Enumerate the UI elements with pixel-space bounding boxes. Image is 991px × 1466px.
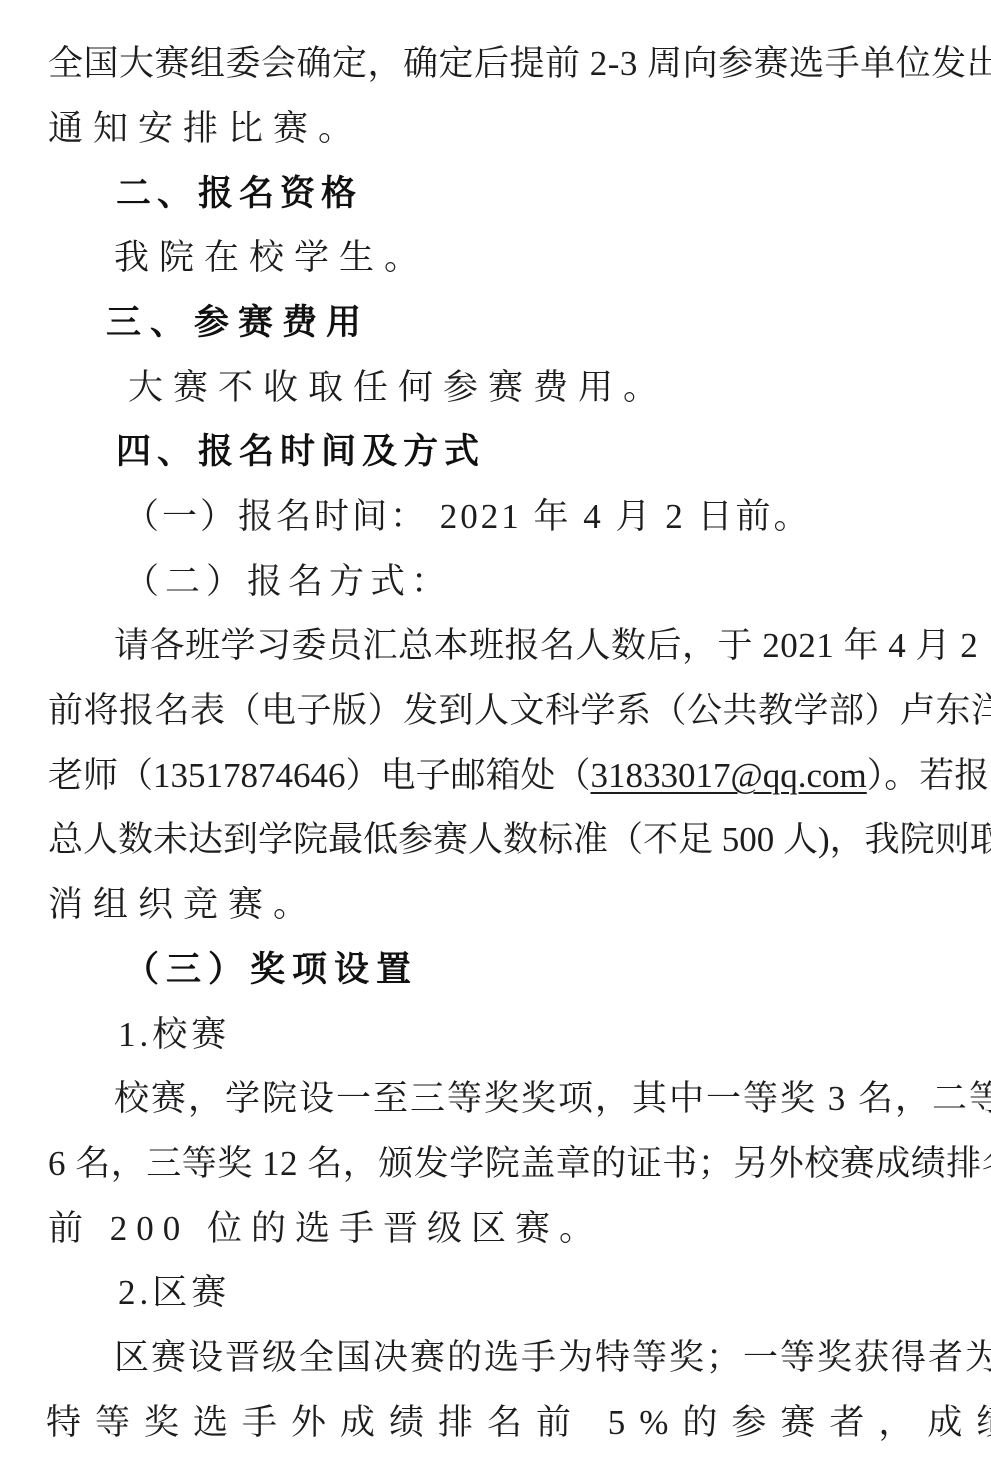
text-line: 6 名，三等奖 12 名，颁发学院盖章的证书；另外校赛成绩排名 <box>48 1141 991 1186</box>
text-line: 消组织竞赛。 <box>48 882 318 927</box>
text-segment: 大赛不收取任何参赛费用。 <box>128 368 668 407</box>
text-segment: 前 200 位的选手晋级区赛。 <box>48 1209 603 1248</box>
text-line: 特等奖选手外成绩排名前 5%的参赛者，成绩排名在 <box>46 1400 991 1445</box>
text-segment: 全国大赛组委会确定，确定后提前 2-3 周向参赛选手单位发出 <box>48 44 991 83</box>
document-page: 全国大赛组委会确定，确定后提前 2-3 周向参赛选手单位发出通知安排比赛。二、报… <box>0 0 991 1466</box>
text-segment: 总人数未达到学院最低参赛人数标准（不足 500 人)，我院则取 <box>48 820 991 859</box>
text-segment: 前将报名表（电子版）发到人文科学系（公共教学部）卢东洋 <box>48 691 991 730</box>
text-line: 前将报名表（电子版）发到人文科学系（公共教学部）卢东洋 <box>48 688 991 733</box>
text-line: 1.校赛 <box>118 1012 230 1057</box>
heading-line: 三、参赛费用 <box>106 300 370 345</box>
text-segment: 1.校赛 <box>118 1015 230 1054</box>
text-segment: 请各班学习委员汇总本班报名人数后，于 2021 年 4 月 2 <box>114 626 978 665</box>
text-line: 通知安排比赛。 <box>48 106 363 151</box>
heading-line: 二、报名资格 <box>116 171 362 216</box>
text-segment: 我院在校学生。 <box>114 238 429 277</box>
text-segment: 老师（13517874646）电子邮箱处（ <box>48 756 591 795</box>
text-line: 大赛不收取任何参赛费用。 <box>128 365 668 410</box>
text-line: 我院在校学生。 <box>114 235 429 280</box>
heading-line: （三）奖项设置 <box>124 947 418 992</box>
text-segment: 消组织竞赛。 <box>48 885 318 924</box>
text-segment: （二）报名方式： <box>124 562 452 601</box>
text-line: 老师（13517874646）电子邮箱处（31833017@qq.com）。若报… <box>48 753 991 798</box>
text-segment: 通知安排比赛。 <box>48 109 363 148</box>
text-segment: 6 名，三等奖 12 名，颁发学院盖章的证书；另外校赛成绩排名 <box>48 1144 991 1183</box>
text-segment: ）。若报名 <box>867 756 991 795</box>
text-line: 请各班学习委员汇总本班报名人数后，于 2021 年 4 月 2 <box>114 623 978 668</box>
text-line: （一）报名时间： 2021 年 4 月 2 日前。 <box>124 494 812 539</box>
text-line: 2.区赛 <box>118 1270 230 1315</box>
text-segment: 四、报名时间及方式 <box>116 432 485 471</box>
email-address: 31833017@qq.com <box>591 756 867 795</box>
text-segment: 校赛，学院设一至三等奖奖项，其中一等奖 3 名，二等奖 <box>114 1079 991 1118</box>
text-segment: 二、报名资格 <box>116 174 362 213</box>
text-line: 区赛设晋级全国决赛的选手为特等奖；一等奖获得者为除 <box>114 1335 991 1380</box>
text-segment: （三）奖项设置 <box>124 950 418 989</box>
text-segment: （一）报名时间： 2021 年 4 月 2 日前。 <box>124 497 812 536</box>
text-segment: 特等奖选手外成绩排名前 5%的参赛者，成绩排名在 <box>46 1403 991 1442</box>
text-line: 校赛，学院设一至三等奖奖项，其中一等奖 3 名，二等奖 <box>114 1076 991 1121</box>
text-line: 总人数未达到学院最低参赛人数标准（不足 500 人)，我院则取 <box>48 817 991 862</box>
text-segment: 三、参赛费用 <box>106 303 370 342</box>
heading-line: 四、报名时间及方式 <box>116 429 485 474</box>
text-segment: 区赛设晋级全国决赛的选手为特等奖；一等奖获得者为除 <box>114 1338 991 1377</box>
text-line: （二）报名方式： <box>124 559 452 604</box>
text-line: 前 200 位的选手晋级区赛。 <box>48 1206 603 1251</box>
text-segment: 2.区赛 <box>118 1273 230 1312</box>
text-line: 全国大赛组委会确定，确定后提前 2-3 周向参赛选手单位发出 <box>48 41 991 86</box>
